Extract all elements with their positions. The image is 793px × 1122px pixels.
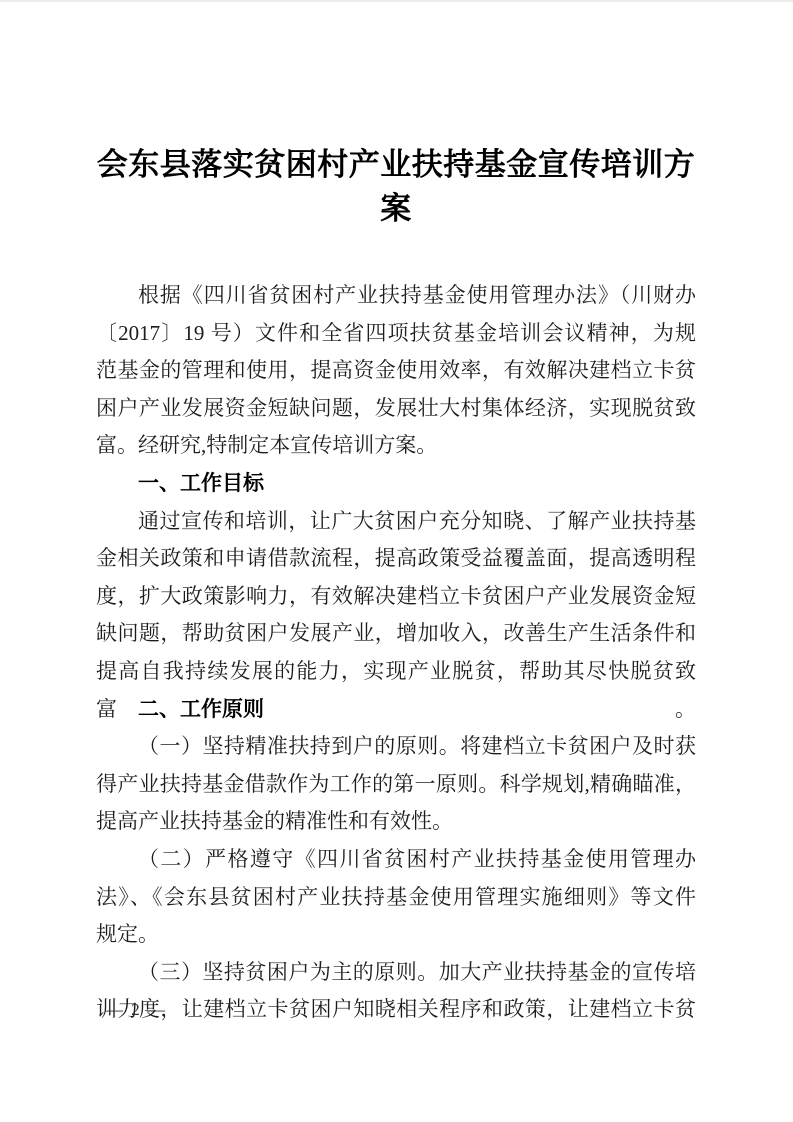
document-page: 会东县落实贫困村产业扶持基金宣传培训方案 根据《四川省贫困村产业扶持基金使用管理…	[0, 0, 793, 1122]
text-line: 法》、《会东县贫困村产业扶持基金使用管理实施细则》等文件	[96, 879, 696, 917]
page-number: — 2 —	[106, 1000, 167, 1020]
text-line: 〔2017〕19 号）文件和全省四项扶贫基金培训会议精神，为规	[96, 315, 696, 353]
text-line: （一）坚持精准扶持到户的原则。将建档立卡贫困户及时获	[96, 728, 696, 766]
paragraph: 根据《四川省贫困村产业扶持基金使用管理办法》（川财办〔2017〕19 号）文件和…	[96, 277, 696, 465]
document-title: 会东县落实贫困村产业扶持基金宣传培训方案	[96, 143, 696, 231]
text-line: 富。经研究,特制定本宣传培训方案。	[96, 427, 696, 465]
text-line: 提高产业扶持基金的精准性和有效性。	[96, 803, 696, 841]
text-line: （三）坚持贫困户为主的原则。加大产业扶持基金的宣传培	[96, 954, 696, 992]
text-line: 提高自我持续发展的能力，实现产业脱贫，帮助其尽快脱贫致富。	[96, 653, 696, 691]
text-line: 得产业扶持基金借款作为工作的第一原则。科学规划,精确瞄准，	[96, 766, 696, 804]
paragraph: 通过宣传和培训，让广大贫困户充分知晓、了解产业扶持基金相关政策和申请借款流程，提…	[96, 503, 696, 691]
paragraph: （二）严格遵守《四川省贫困村产业扶持基金使用管理办法》、《会东县贫困村产业扶持基…	[96, 841, 696, 954]
text-line: （二）严格遵守《四川省贫困村产业扶持基金使用管理办	[96, 841, 696, 879]
text-line: 通过宣传和培训，让广大贫困户充分知晓、了解产业扶持基	[96, 503, 696, 541]
section-heading: 一、工作目标	[96, 465, 696, 503]
text-line: 规定。	[96, 916, 696, 954]
text-line: 训力度，让建档立卡贫困户知晓相关程序和政策，让建档立卡贫	[96, 991, 696, 1029]
document-content: 会东县落实贫困村产业扶持基金宣传培训方案 根据《四川省贫困村产业扶持基金使用管理…	[96, 143, 696, 1029]
page-top-edge	[0, 0, 793, 2]
paragraph: （三）坚持贫困户为主的原则。加大产业扶持基金的宣传培训力度，让建档立卡贫困户知晓…	[96, 954, 696, 1029]
text-line: 困户产业发展资金短缺问题，发展壮大村集体经济，实现脱贫致	[96, 390, 696, 428]
text-line: 根据《四川省贫困村产业扶持基金使用管理办法》（川财办	[96, 277, 696, 315]
paragraph: （一）坚持精准扶持到户的原则。将建档立卡贫困户及时获得产业扶持基金借款作为工作的…	[96, 728, 696, 841]
text-line: 缺问题，帮助贫困户发展产业，增加收入，改善生产生活条件和	[96, 615, 696, 653]
text-line: 度，扩大政策影响力，有效解决建档立卡贫困户产业发展资金短	[96, 578, 696, 616]
text-line: 范基金的管理和使用，提高资金使用效率，有效解决建档立卡贫	[96, 352, 696, 390]
text-line: 金相关政策和申请借款流程，提高政策受益覆盖面，提高透明程	[96, 540, 696, 578]
document-body: 根据《四川省贫困村产业扶持基金使用管理办法》（川财办〔2017〕19 号）文件和…	[96, 277, 696, 1029]
